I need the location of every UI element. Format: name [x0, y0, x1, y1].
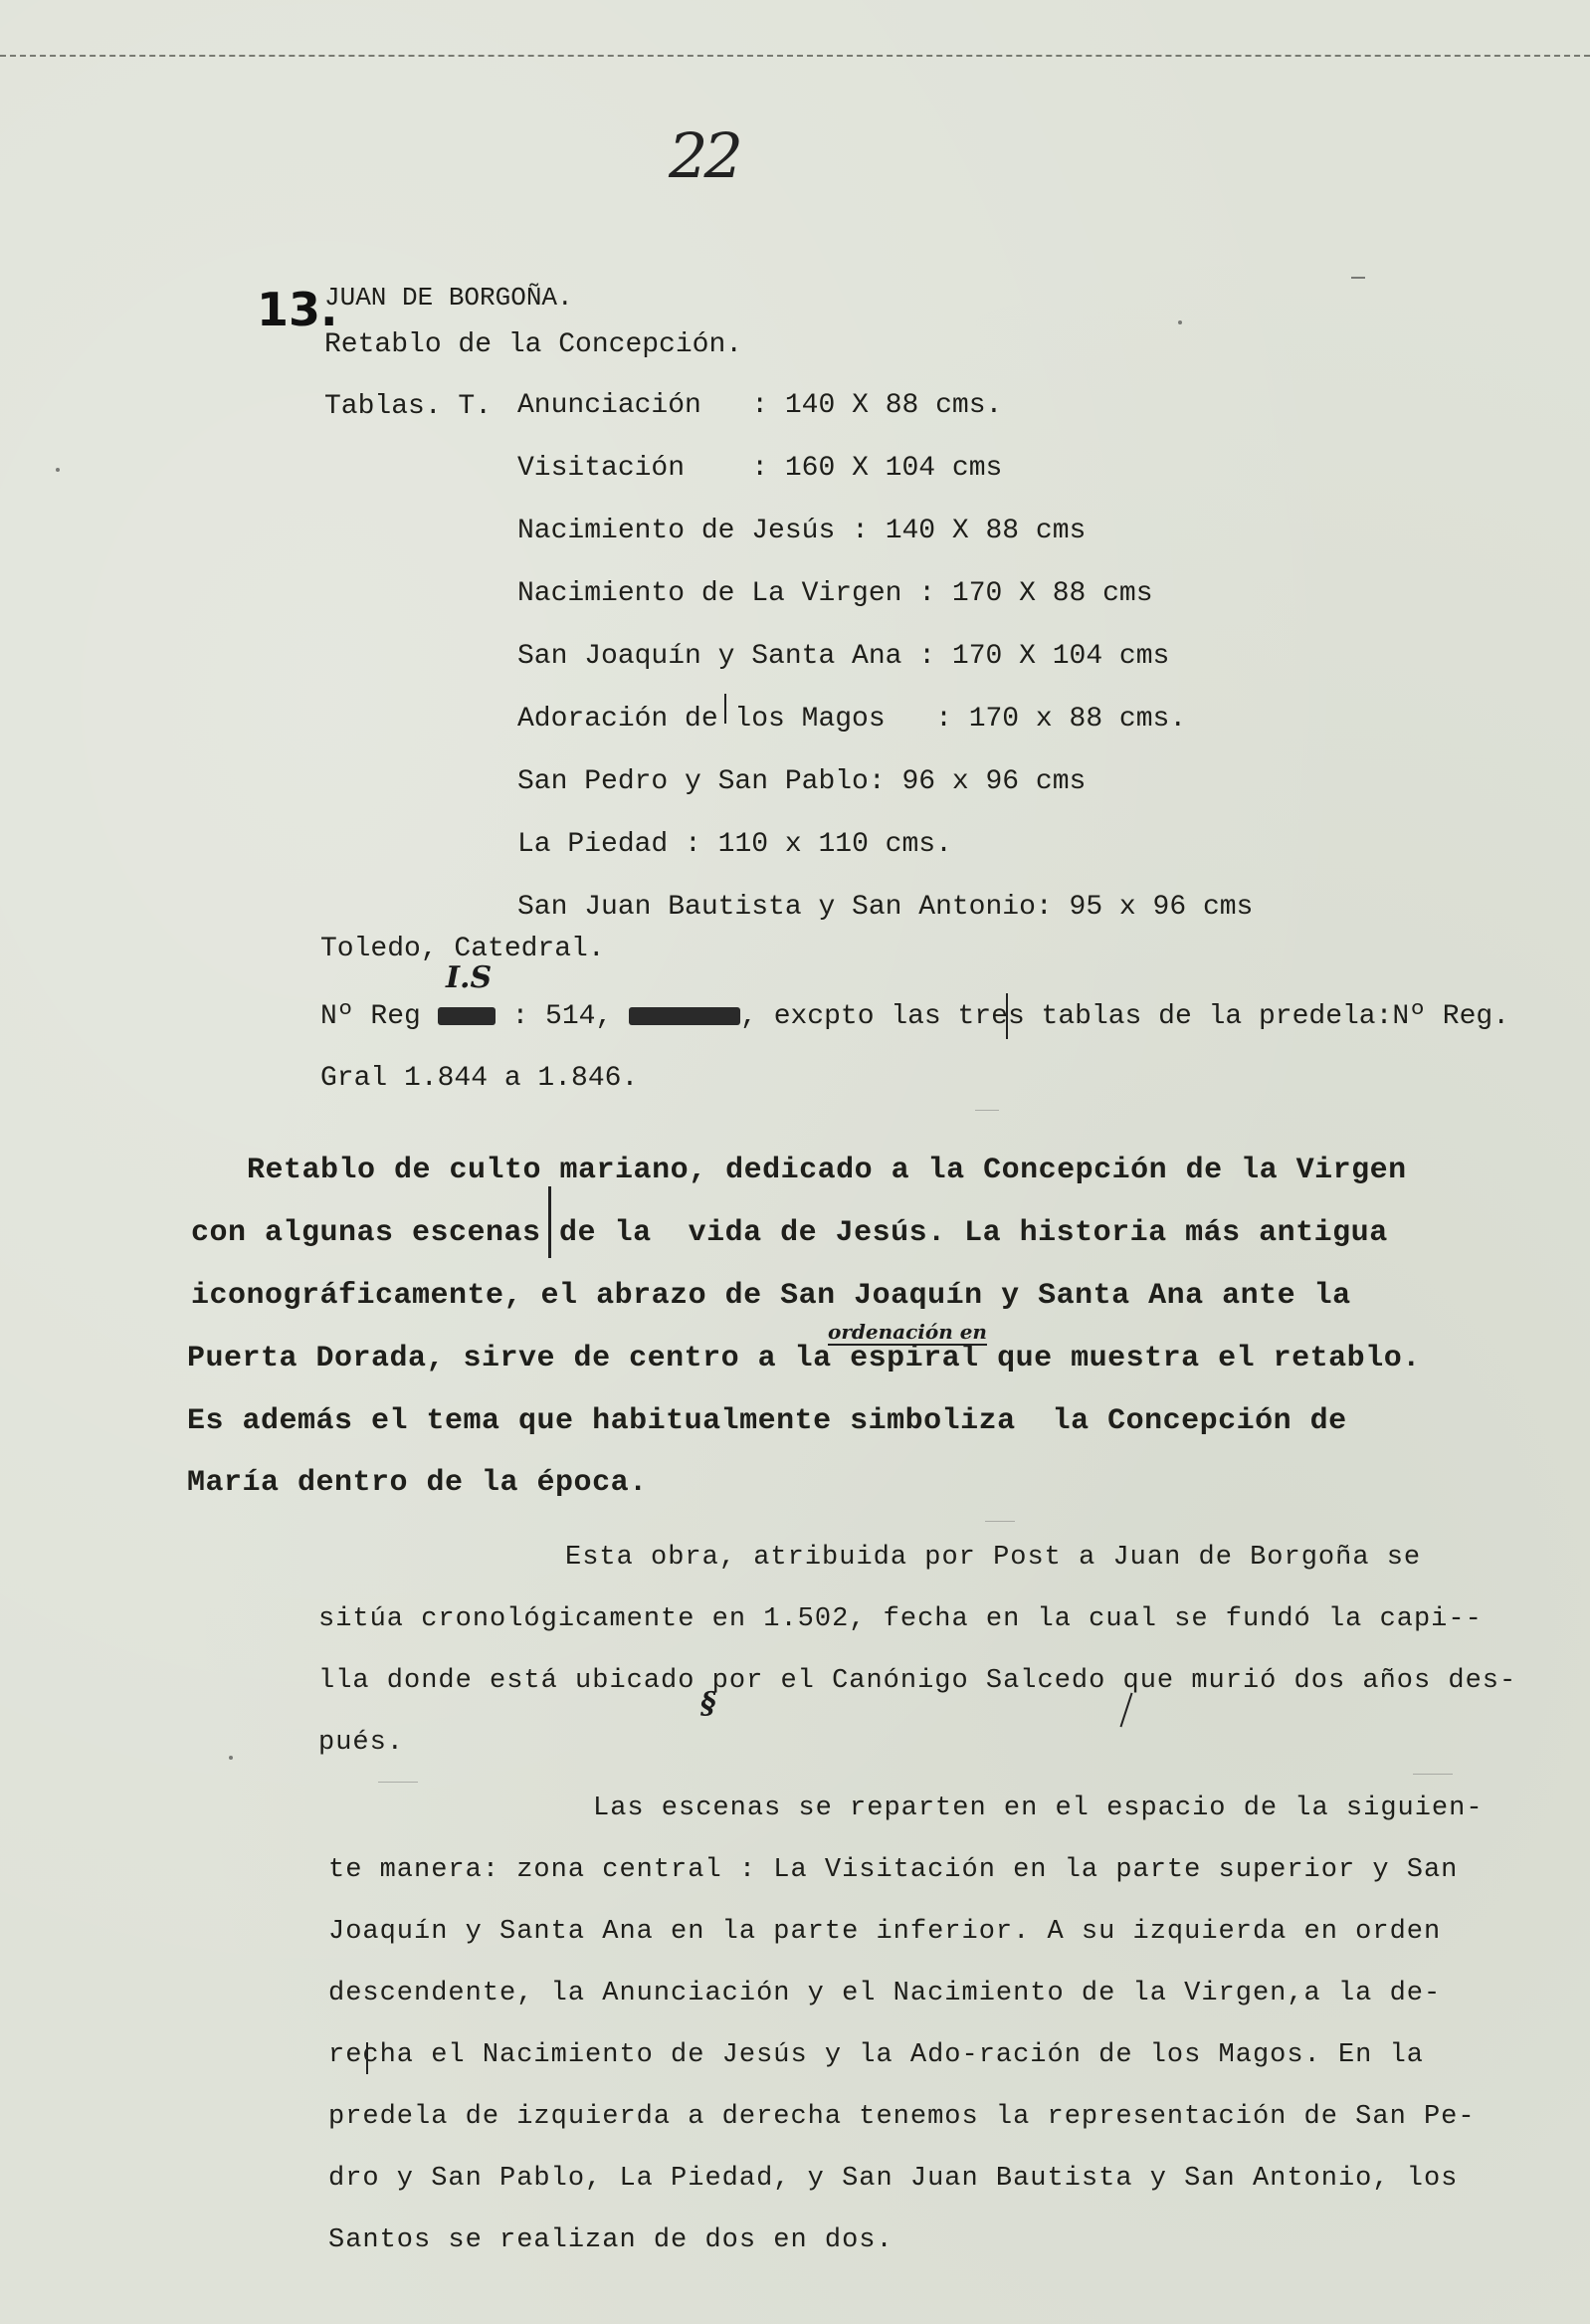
paragraph-line: Santos se realizan de dos en dos.: [328, 2223, 894, 2257]
pen-mark: [1006, 993, 1008, 1039]
registry-number: : 514,: [511, 1001, 612, 1032]
stray-mark: [1178, 320, 1182, 324]
tabla-sep: :: [901, 578, 935, 609]
tabla-sep: :: [668, 829, 701, 860]
stray-mark: [1351, 277, 1365, 279]
tabla-row: San Pedro y San Pablo: 96 x 96 cms: [517, 766, 1086, 797]
paragraph-line: lla donde está ubicado por el Canónigo S…: [318, 1664, 1516, 1698]
tablas-prefix: Tablas. T.: [324, 390, 492, 424]
tabla-name: Nacimiento de La Virgen: [517, 578, 901, 609]
paragraph-line: Joaquín y Santa Ana en la parte inferior…: [328, 1915, 1441, 1949]
artist-name: JUAN DE BORGOÑA.: [324, 281, 573, 315]
tabla-name: San Joaquín y Santa Ana: [517, 641, 901, 672]
tabla-name: Anunciación: [517, 390, 701, 421]
tabla-row: La Piedad : 110 x 110 cms.: [517, 829, 952, 860]
paragraph-line: Puerta Dorada, sirve de centro a la espi…: [187, 1341, 1421, 1376]
tabla-dims: 96 x 96 cms: [901, 766, 1086, 797]
pen-mark: §: [700, 1686, 716, 1721]
tabla-row: San Juan Bautista y San Antonio: 95 x 96…: [517, 892, 1253, 923]
paragraph-line: María dentro de la época.: [187, 1465, 648, 1501]
pen-mark: [366, 2042, 368, 2074]
pen-mark: [548, 1186, 551, 1258]
tabla-sep: :: [685, 453, 768, 484]
tabla-sep: :: [701, 390, 768, 421]
tabla-row: Visitación : 160 X 104 cms: [517, 453, 1002, 484]
paragraph-line: Es además el tema que habitualmente simb…: [187, 1403, 1347, 1439]
paragraph-line: te manera: zona central : La Visitación …: [328, 1853, 1458, 1887]
paragraph-line: descendente, la Anunciación y el Nacimie…: [328, 1977, 1441, 2010]
tabla-row: Nacimiento de Jesús : 140 X 88 cms: [517, 516, 1086, 546]
registry-line-2: Gral 1.844 a 1.846.: [320, 1062, 638, 1096]
paragraph-line: Las escenas se reparten en el espacio de…: [593, 1792, 1484, 1825]
tabla-row: Adoración de los Magos : 170 x 88 cms.: [517, 704, 1186, 735]
page-top-rule: [0, 55, 1590, 57]
stray-mark: [56, 468, 60, 472]
tabla-dims: 170 X 104 cms: [952, 641, 1169, 672]
paragraph-line: pués.: [318, 1726, 404, 1760]
stray-mark: [1413, 1774, 1453, 1775]
tabla-name: La Piedad: [517, 829, 668, 860]
registry-exception: , excpto las tres tablas de la predela:N…: [740, 1001, 1509, 1032]
redaction-mark: [438, 1007, 496, 1025]
work-title: Retablo de la Concepción.: [324, 328, 742, 362]
tabla-name: San Pedro y San Pablo: [517, 766, 869, 797]
tabla-name: San Juan Bautista y San Antonio: [517, 892, 1036, 923]
pen-mark: [724, 694, 726, 724]
tabla-name: Visitación: [517, 453, 685, 484]
paragraph-line: dro y San Pablo, La Piedad, y San Juan B…: [328, 2162, 1458, 2196]
paragraph-line: predela de izquierda a derecha tenemos l…: [328, 2100, 1476, 2134]
handwritten-registry-insert: I.S: [446, 960, 492, 995]
tabla-name: Nacimiento de Jesús: [517, 516, 835, 546]
stray-mark: [975, 1110, 999, 1111]
paragraph-line: sitúa cronológicamente en 1.502, fecha e…: [318, 1602, 1483, 1636]
tabla-row: Anunciación : 140 X 88 cms.: [517, 390, 1002, 421]
tabla-dims: 95 x 96 cms: [1070, 892, 1254, 923]
stray-mark: [378, 1782, 418, 1783]
paragraph-line: Retablo de culto mariano, dedicado a la …: [247, 1153, 1407, 1188]
tabla-name: Adoración de los Magos: [517, 704, 886, 735]
stray-mark: [229, 1756, 233, 1760]
paragraph-line: iconográficamente, el abrazo de San Joaq…: [191, 1278, 1351, 1314]
paragraph-line: recha el Nacimiento de Jesús y la Ado-ra…: [328, 2038, 1424, 2072]
tabla-sep: :: [886, 704, 952, 735]
handwritten-insertion: ordenación en: [828, 1320, 987, 1346]
tabla-row: San Joaquín y Santa Ana : 170 X 104 cms: [517, 641, 1169, 672]
tabla-dims: 140 X 88 cms: [886, 516, 1087, 546]
tabla-row: Nacimiento de La Virgen : 170 X 88 cms: [517, 578, 1153, 609]
tabla-sep: :: [1036, 892, 1053, 923]
tabla-dims: 170 X 88 cms: [952, 578, 1153, 609]
tabla-dims: 160 X 104 cms: [785, 453, 1002, 484]
tabla-dims: 170 x 88 cms.: [969, 704, 1186, 735]
registry-line-1: Nº Reg : 514, , excpto las tres tablas d…: [320, 1000, 1509, 1034]
tabla-dims: 110 x 110 cms.: [718, 829, 952, 860]
tabla-dims: 140 X 88 cms.: [785, 390, 1002, 421]
paragraph-line: Esta obra, atribuida por Post a Juan de …: [565, 1541, 1421, 1575]
registry-label: Nº Reg: [320, 1001, 421, 1032]
paragraph-line: con algunas escenas de la vida de Jesús.…: [191, 1215, 1388, 1251]
handwritten-page-number: 22: [669, 119, 739, 192]
redaction-mark: [629, 1007, 740, 1025]
tabla-sep: :: [901, 641, 935, 672]
stray-mark: [985, 1521, 1015, 1522]
tabla-sep: :: [835, 516, 869, 546]
tabla-sep: :: [869, 766, 886, 797]
